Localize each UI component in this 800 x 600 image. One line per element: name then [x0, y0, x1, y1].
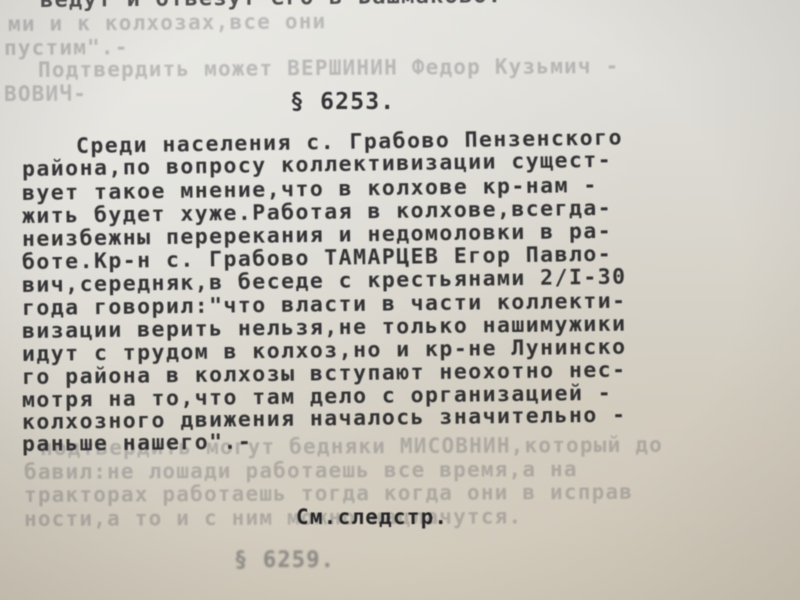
bleed-through-line: пустим".-: [4, 35, 129, 60]
document-page: ведут и отвезут его в Башмаково." ми и к…: [0, 0, 800, 600]
bleed-through-line: тракторах работаешь тогда когда они в ис…: [24, 480, 633, 507]
bleed-through-line: Подтвердить может ВЕРШИНИН Федор Кузьмич…: [38, 54, 620, 82]
next-section-number: § 6259.: [234, 548, 335, 573]
section-number: § 6253.: [290, 89, 395, 115]
body-line: раньше нашего".-: [22, 430, 253, 457]
continued-reference: См.следстр.: [296, 505, 448, 529]
bleed-through-line: ми и к колхозах,все они: [8, 9, 327, 36]
bleed-through-line: ВОВИЧ-: [4, 82, 87, 106]
